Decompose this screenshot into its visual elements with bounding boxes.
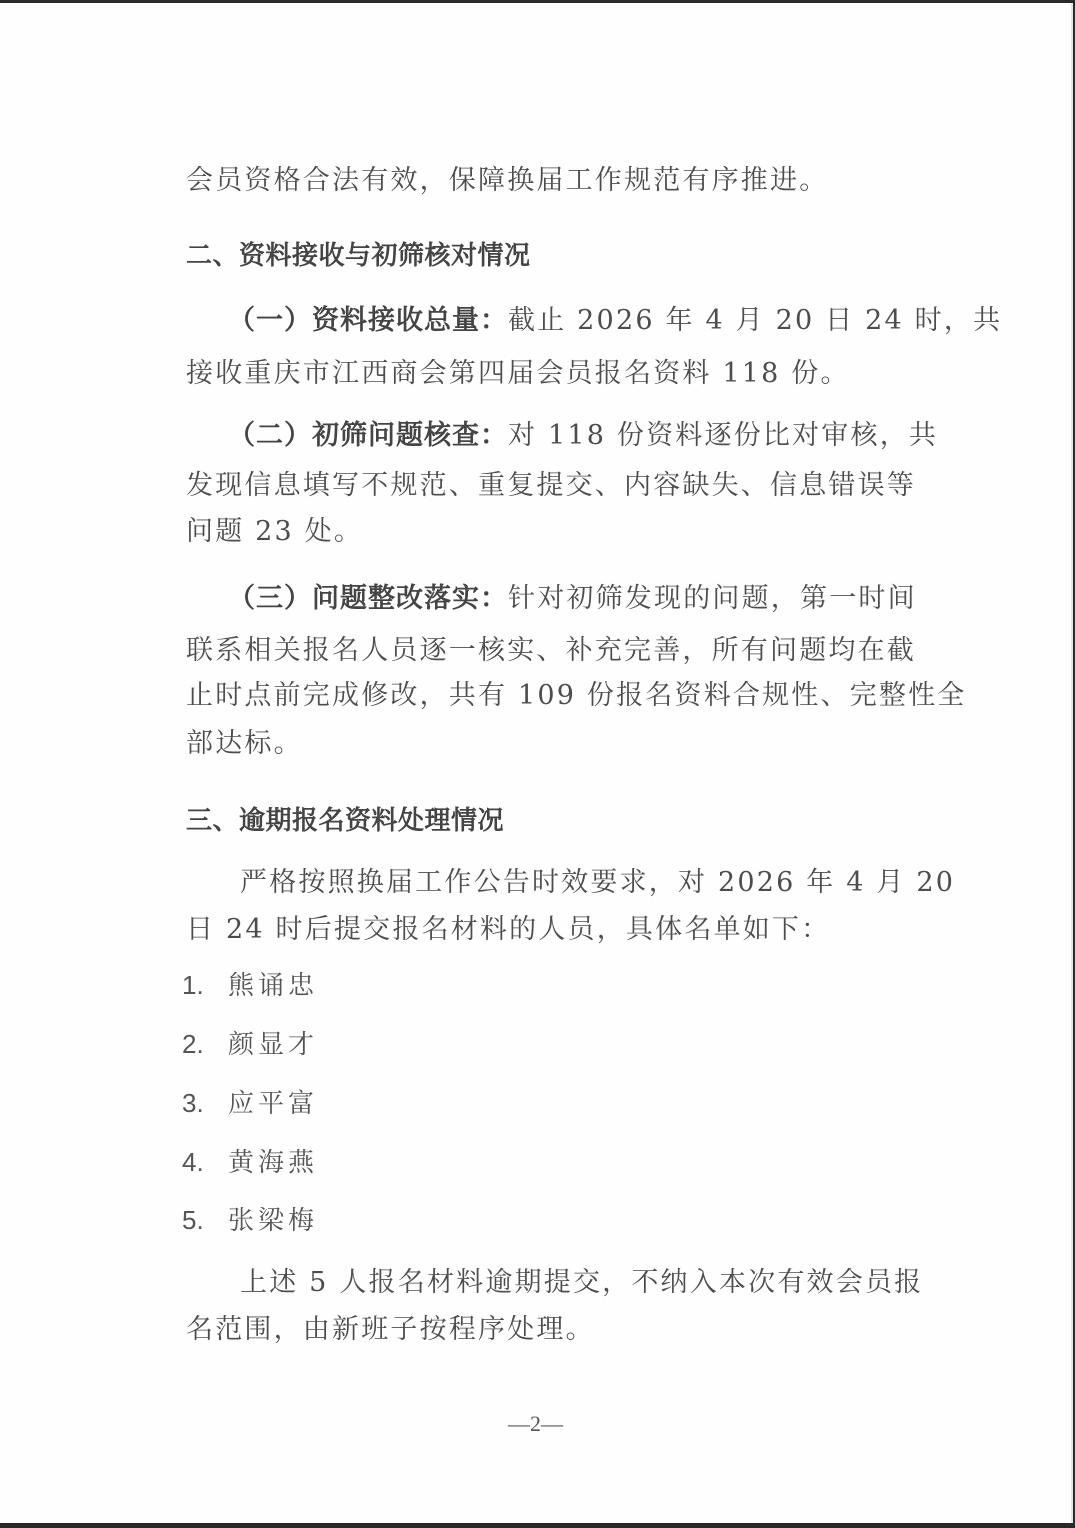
page-number: —2— — [0, 1411, 1071, 1437]
item-label: （二）初筛问题核查： — [228, 420, 508, 451]
list-item: 3.应平富 — [182, 1087, 318, 1120]
paragraph-line: 发现信息填写不规范、重复提交、内容缺失、信息错误等 — [186, 470, 916, 502]
section-heading-2: 二、资料接收与初筛核对情况 — [186, 240, 531, 272]
item-text: 针对初筛发现的问题，第一时间 — [508, 583, 917, 614]
paragraph-line: 上述 5 人报名材料逾期提交，不纳入本次有效会员报 — [240, 1267, 923, 1299]
item-label: （三）问题整改落实： — [228, 583, 508, 614]
item-text: 对 118 份资料逐份比对审核，共 — [508, 420, 938, 451]
paragraph-line: 名范围，由新班子按程序处理。 — [186, 1314, 595, 1346]
list-item: 1.熊诵忠 — [182, 969, 318, 1002]
list-item: 4.黄海燕 — [182, 1146, 318, 1179]
paragraph-line: （二）初筛问题核查：对 118 份资料逐份比对审核，共 — [228, 420, 938, 452]
section-heading-3: 三、逾期报名资料处理情况 — [186, 805, 504, 837]
item-label: （一）资料接收总量： — [228, 305, 508, 336]
paragraph-line: 日 24 时后提交报名材料的人员，具体名单如下： — [186, 914, 830, 946]
list-item: 5.张梁梅 — [182, 1204, 318, 1237]
paragraph-line: 部达标。 — [186, 728, 303, 760]
paragraph-line: 联系相关报名人员逐一核实、补充完善，所有问题均在截 — [186, 635, 916, 667]
item-text: 截止 2026 年 4 月 20 日 24 时，共 — [508, 305, 1002, 336]
paragraph-line: 会员资格合法有效，保障换届工作规范有序推进。 — [186, 165, 828, 197]
paragraph-line: 问题 23 处。 — [186, 516, 363, 548]
paragraph-line: 止时点前完成修改，共有 109 份报名资料合规性、完整性全 — [186, 680, 967, 712]
paragraph-line: （三）问题整改落实：针对初筛发现的问题，第一时间 — [228, 583, 917, 615]
list-item: 2.颜显才 — [182, 1028, 318, 1061]
paragraph-line: 严格按照换届工作公告时效要求，对 2026 年 4 月 20 — [240, 867, 955, 899]
paragraph-line: （一）资料接收总量：截止 2026 年 4 月 20 日 24 时，共 — [228, 305, 1002, 337]
paragraph-line: 接收重庆市江西商会第四届会员报名资料 118 份。 — [186, 358, 850, 390]
document-page: 会员资格合法有效，保障换届工作规范有序推进。 二、资料接收与初筛核对情况 （一）… — [0, 3, 1073, 1523]
